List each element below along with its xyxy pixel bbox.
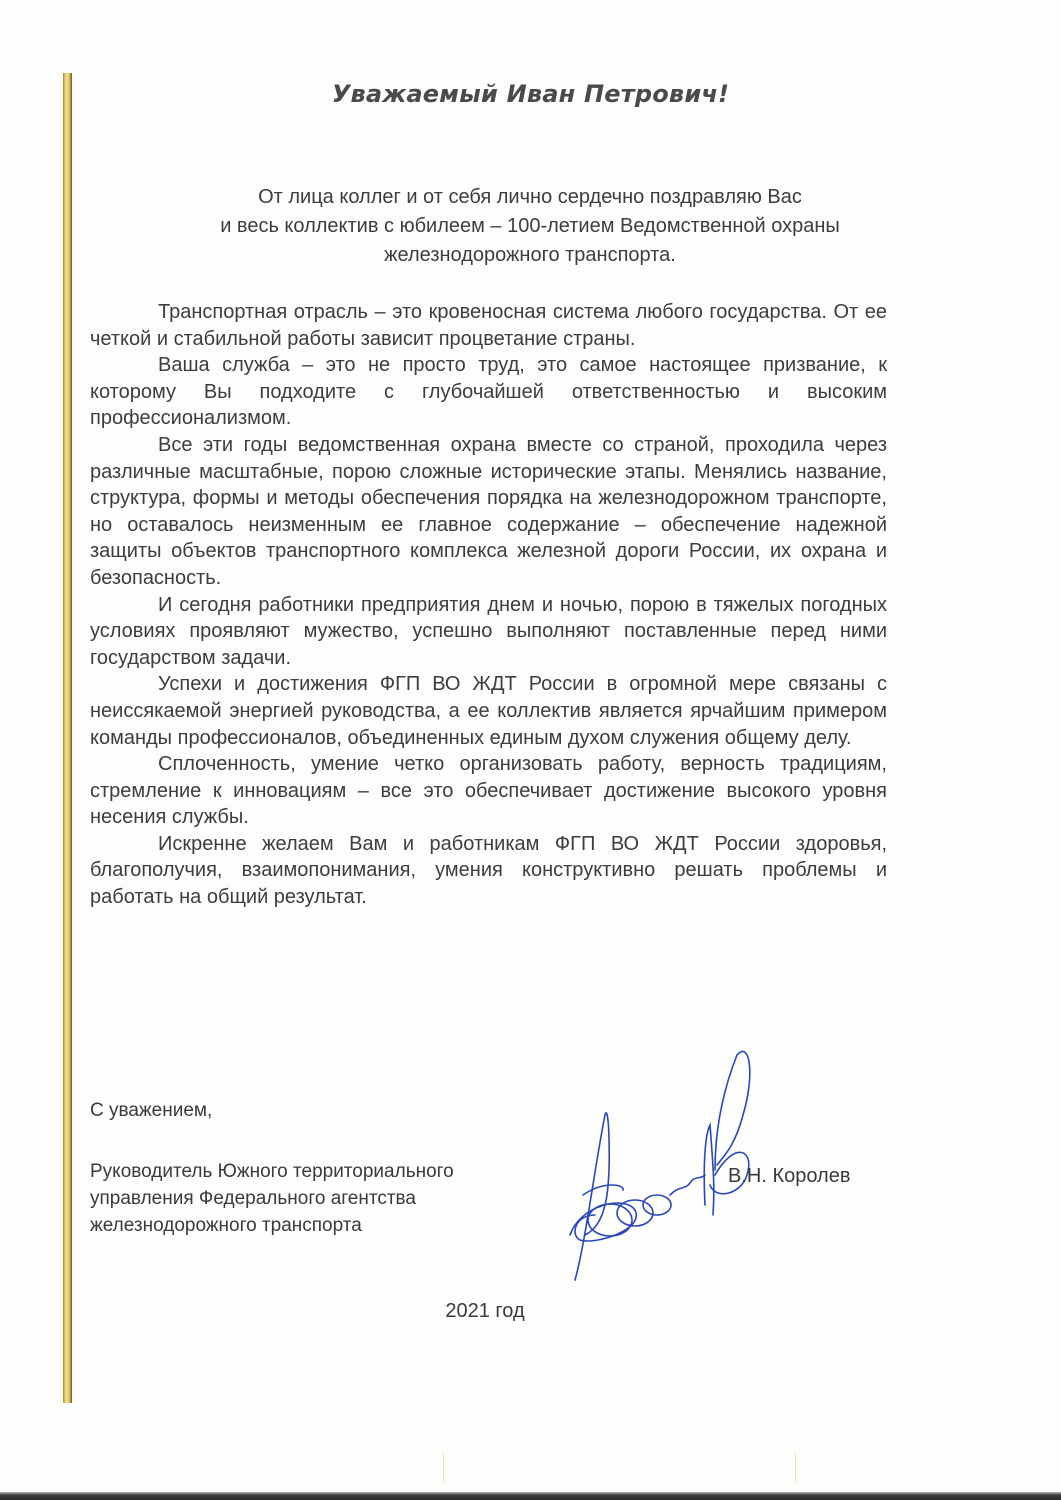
signer-position: Руководитель Южного территориального упр… (90, 1158, 454, 1239)
scan-artifact (443, 1452, 444, 1482)
letter-year: 2021 год (0, 1300, 970, 1323)
salutation-heading: Уважаемый Иван Петрович! (0, 80, 1061, 108)
scan-bottom-edge (0, 1492, 1061, 1500)
closing-phrase: С уважением, (90, 1100, 212, 1122)
letter-body: Транспортная отрасль – это кровеносная с… (90, 299, 887, 911)
gold-border-bar (63, 73, 72, 1403)
body-paragraph: Успехи и достижения ФГП ВО ЖДТ России в … (90, 671, 887, 751)
body-paragraph: Ваша служба – это не просто труд, это са… (90, 352, 887, 432)
body-paragraph: Все эти годы ведомственная охрана вместе… (90, 432, 887, 592)
position-line: железнодорожного транспорта (90, 1212, 454, 1239)
greeting-line: От лица коллег и от себя лично сердечно … (140, 183, 920, 212)
position-line: управления Федерального агентства (90, 1185, 454, 1212)
body-paragraph: И сегодня работники предприятия днем и н… (90, 592, 887, 672)
position-line: Руководитель Южного территориального (90, 1158, 454, 1185)
signer-name: В.Н. Королев (728, 1165, 850, 1188)
greeting-block: От лица коллег и от себя лично сердечно … (140, 183, 920, 270)
body-paragraph: Транспортная отрасль – это кровеносная с… (90, 299, 887, 352)
body-paragraph: Сплоченность, умение четко организовать … (90, 751, 887, 831)
greeting-line: и весь коллектив с юбилеем – 100-летием … (140, 212, 920, 241)
greeting-line: железнодорожного транспорта. (140, 241, 920, 270)
scan-artifact (795, 1452, 796, 1482)
body-paragraph: Искренне желаем Вам и работникам ФГП ВО … (90, 831, 887, 911)
